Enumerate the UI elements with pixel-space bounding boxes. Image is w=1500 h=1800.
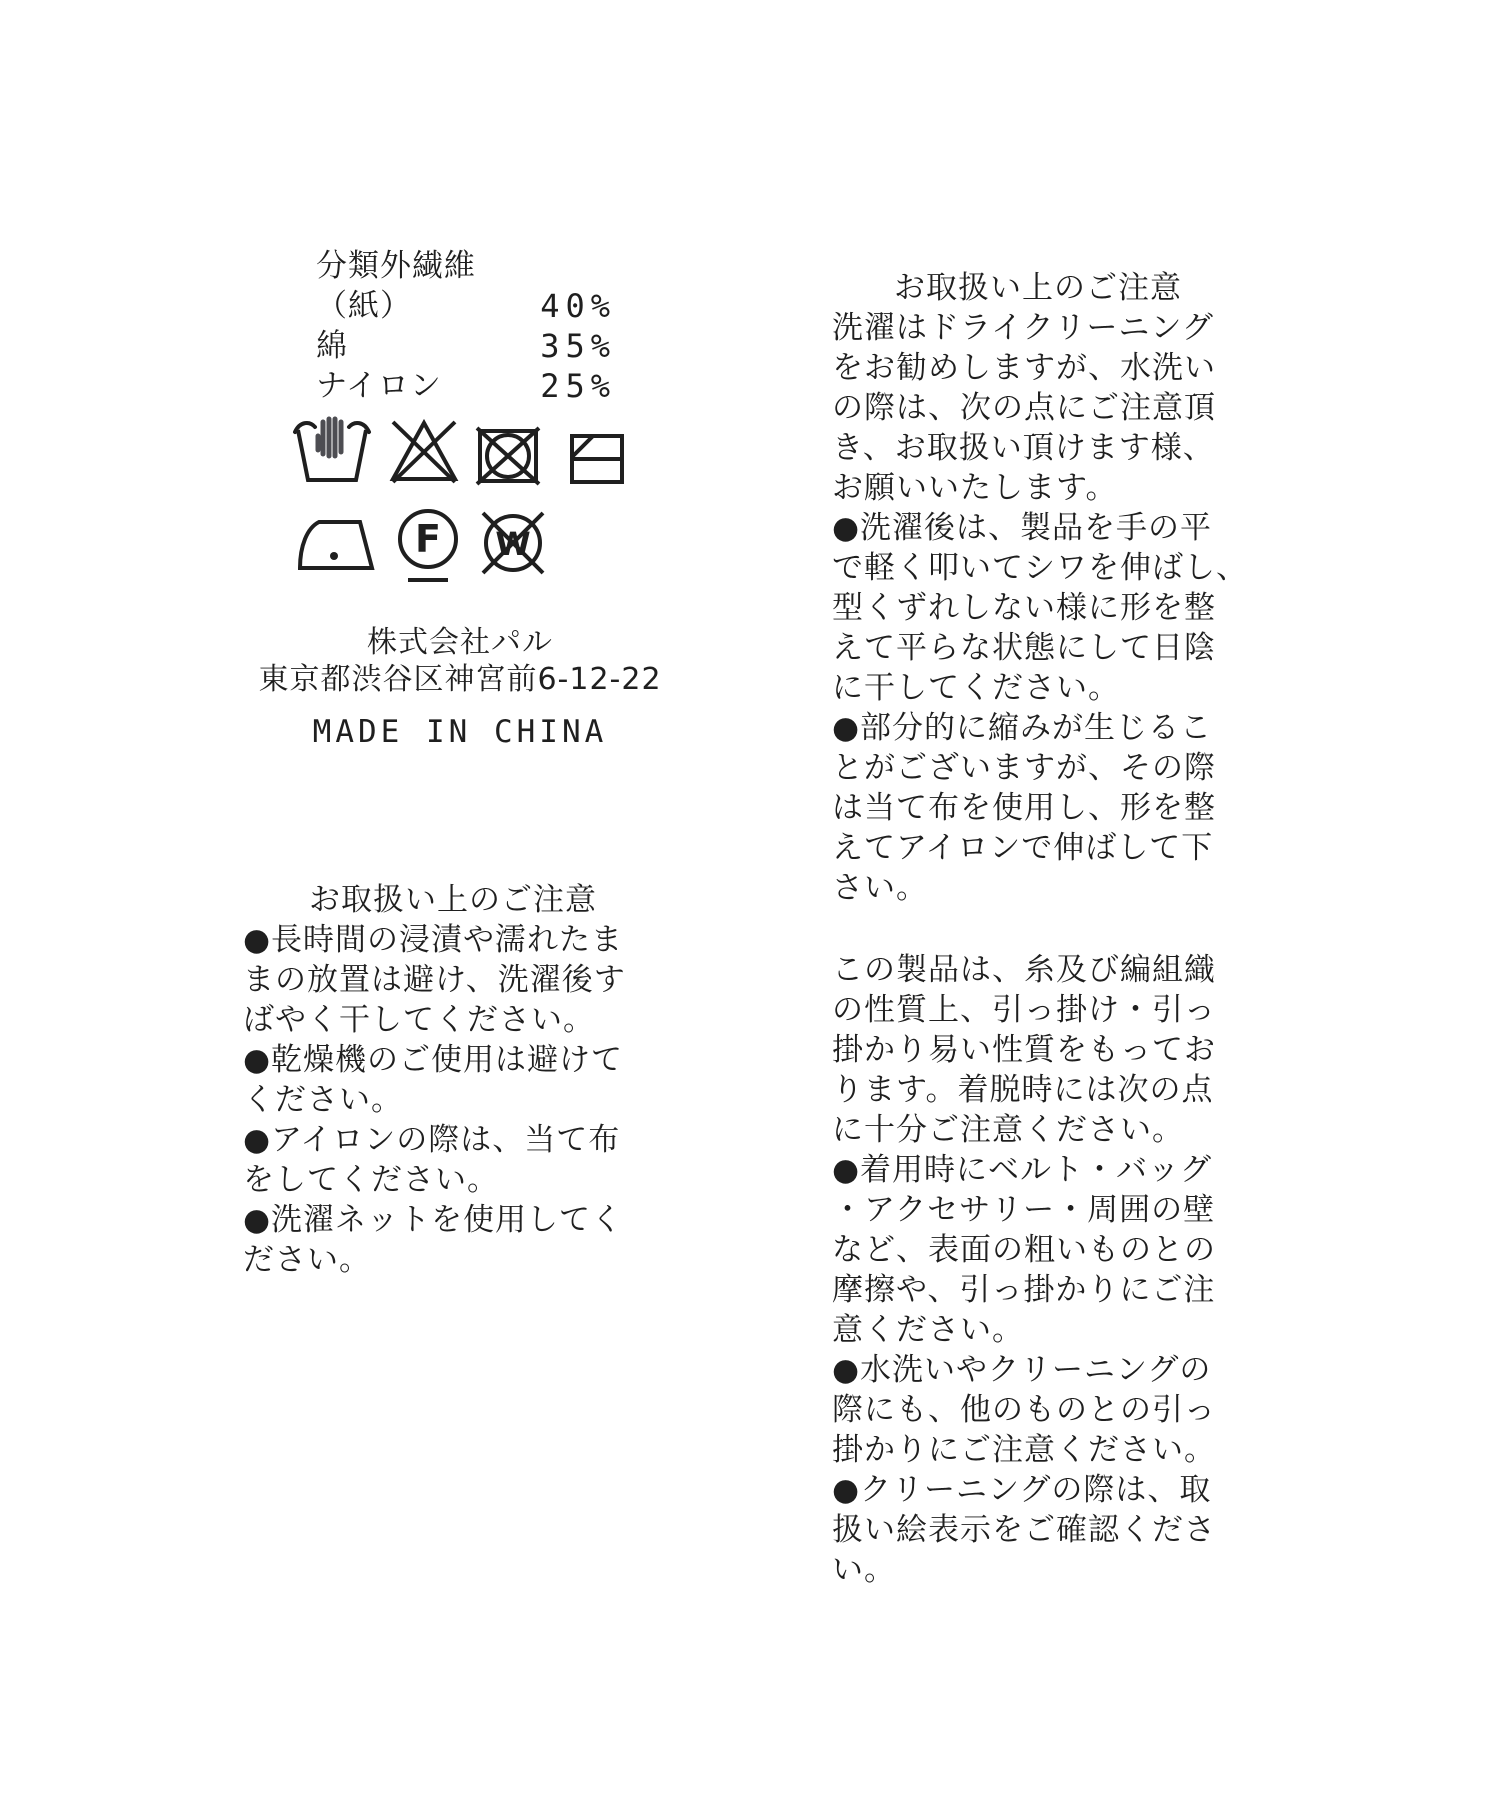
iron-low-heat-icon — [292, 516, 380, 574]
composition-row: （紙） 40% — [316, 286, 616, 326]
composition-row: 分類外繊維 — [316, 246, 616, 286]
fiber-name: ナイロン — [316, 366, 442, 406]
product-characteristics-note: この製品は、糸及び編組織 の性質上、引っ掛け・引っ 掛かり易い性質をもってお り… — [832, 950, 1292, 1590]
fiber-composition: 分類外繊維 （紙） 40% 綿 35% ナイロン 25% — [316, 246, 616, 406]
fiber-percentage: 40% — [540, 286, 616, 326]
handling-notes-left: お取扱い上のご注意 ●長時間の浸漬や濡れたま まの放置は避け、洗濯後す ばやく干… — [243, 880, 683, 1280]
composition-row: 綿 35% — [316, 326, 616, 366]
handling-notes-left-heading: お取扱い上のご注意 — [243, 880, 683, 920]
company-address: 東京都渋谷区神宮前6-12-22 — [155, 661, 765, 698]
fiber-percentage: 25% — [540, 366, 616, 406]
fiber-name: 綿 — [316, 326, 348, 366]
handling-notes-right-body: 洗濯はドライクリーニング をお勧めしますが、水洗い の際は、次の点にご注意頂 き… — [832, 308, 1292, 908]
manufacturer-block: 株式会社パル 東京都渋谷区神宮前6-12-22 MADE IN CHINA — [155, 624, 765, 750]
care-label-page: 分類外繊維 （紙） 40% 綿 35% ナイロン 25% — [0, 0, 1500, 1800]
fiber-name: （紙） — [316, 286, 412, 326]
care-symbols-row-1 — [290, 414, 626, 486]
do-not-wet-clean-icon: W — [476, 506, 550, 580]
dry-clean-petroleum-gentle-icon: F — [396, 506, 460, 586]
composition-row: ナイロン 25% — [316, 366, 616, 406]
hand-wash-icon — [290, 414, 374, 486]
do-not-bleach-icon — [386, 416, 462, 486]
company-name: 株式会社パル — [155, 624, 765, 661]
product-characteristics-body: この製品は、糸及び編組織 の性質上、引っ掛け・引っ 掛かり易い性質をもってお り… — [832, 950, 1292, 1590]
fiber-name: 分類外繊維 — [316, 246, 476, 286]
fiber-percentage: 35% — [540, 326, 616, 366]
svg-text:F: F — [415, 517, 441, 561]
do-not-tumble-dry-icon — [474, 426, 542, 486]
care-symbols-row-2: F W — [292, 506, 550, 586]
country-of-origin: MADE IN CHINA — [155, 714, 765, 750]
dry-flat-in-shade-icon — [568, 432, 626, 486]
handling-notes-left-body: ●長時間の浸漬や濡れたま まの放置は避け、洗濯後す ばやく干してください。 ●乾… — [243, 920, 683, 1280]
handling-notes-right: お取扱い上のご注意 洗濯はドライクリーニング をお勧めしますが、水洗い の際は、… — [832, 268, 1292, 908]
handling-notes-right-heading: お取扱い上のご注意 — [832, 268, 1292, 308]
